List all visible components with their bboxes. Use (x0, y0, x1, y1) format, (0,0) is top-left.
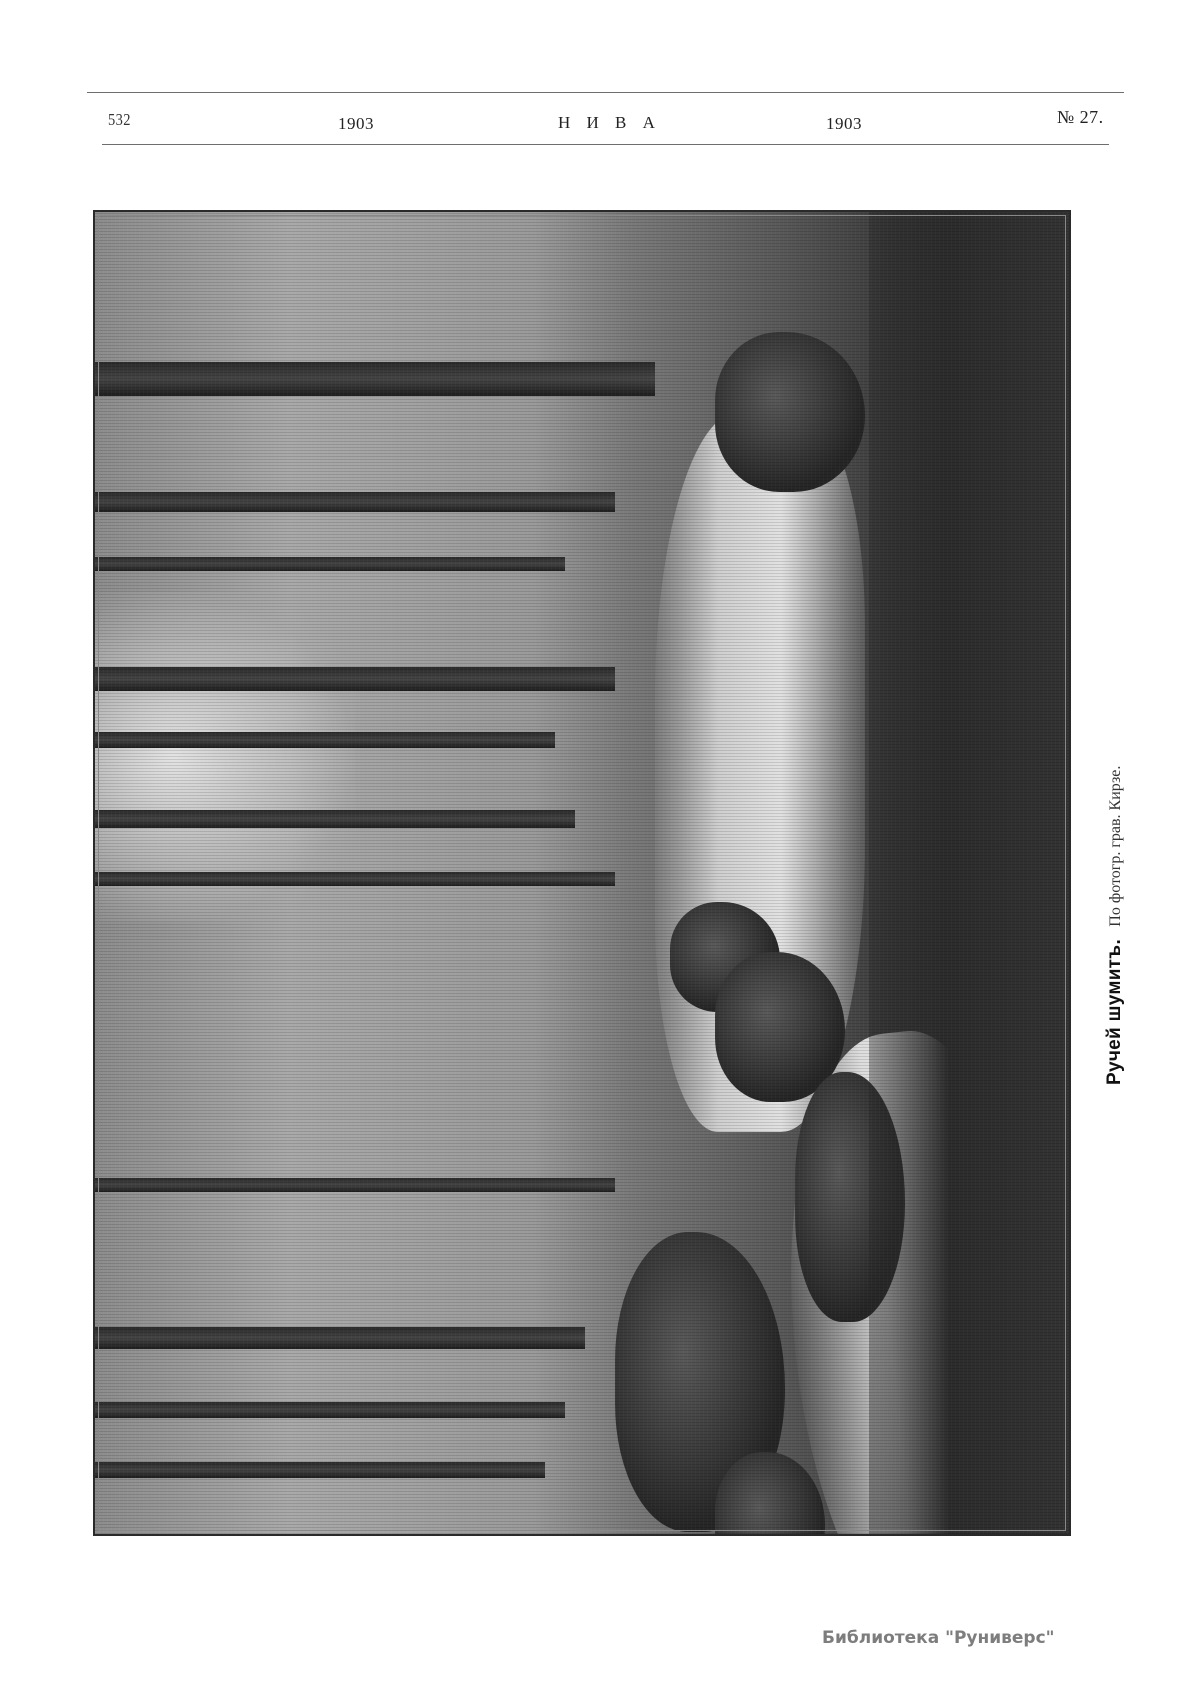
magazine-title: Н И В А (558, 113, 661, 133)
engraving-illustration (93, 210, 1071, 1536)
caption-title: Ручей шумитъ. (1104, 939, 1125, 1085)
header-bottom-rule (102, 144, 1109, 145)
issue-number: № 27. (1057, 107, 1104, 128)
engraving-hatching (95, 212, 1069, 1534)
header-year-right: 1903 (826, 114, 862, 134)
library-watermark: Библиотека "Руниверс" (822, 1628, 1055, 1648)
header-year-left: 1903 (338, 114, 374, 134)
caption-credit: По фотогр. грав. Кирзе. (1107, 766, 1124, 927)
page-number: 532 (108, 110, 131, 130)
header-top-rule (87, 92, 1124, 93)
illustration-caption: Ручей шумитъ. По фотогр. грав. Кирзе. (1104, 766, 1126, 1085)
